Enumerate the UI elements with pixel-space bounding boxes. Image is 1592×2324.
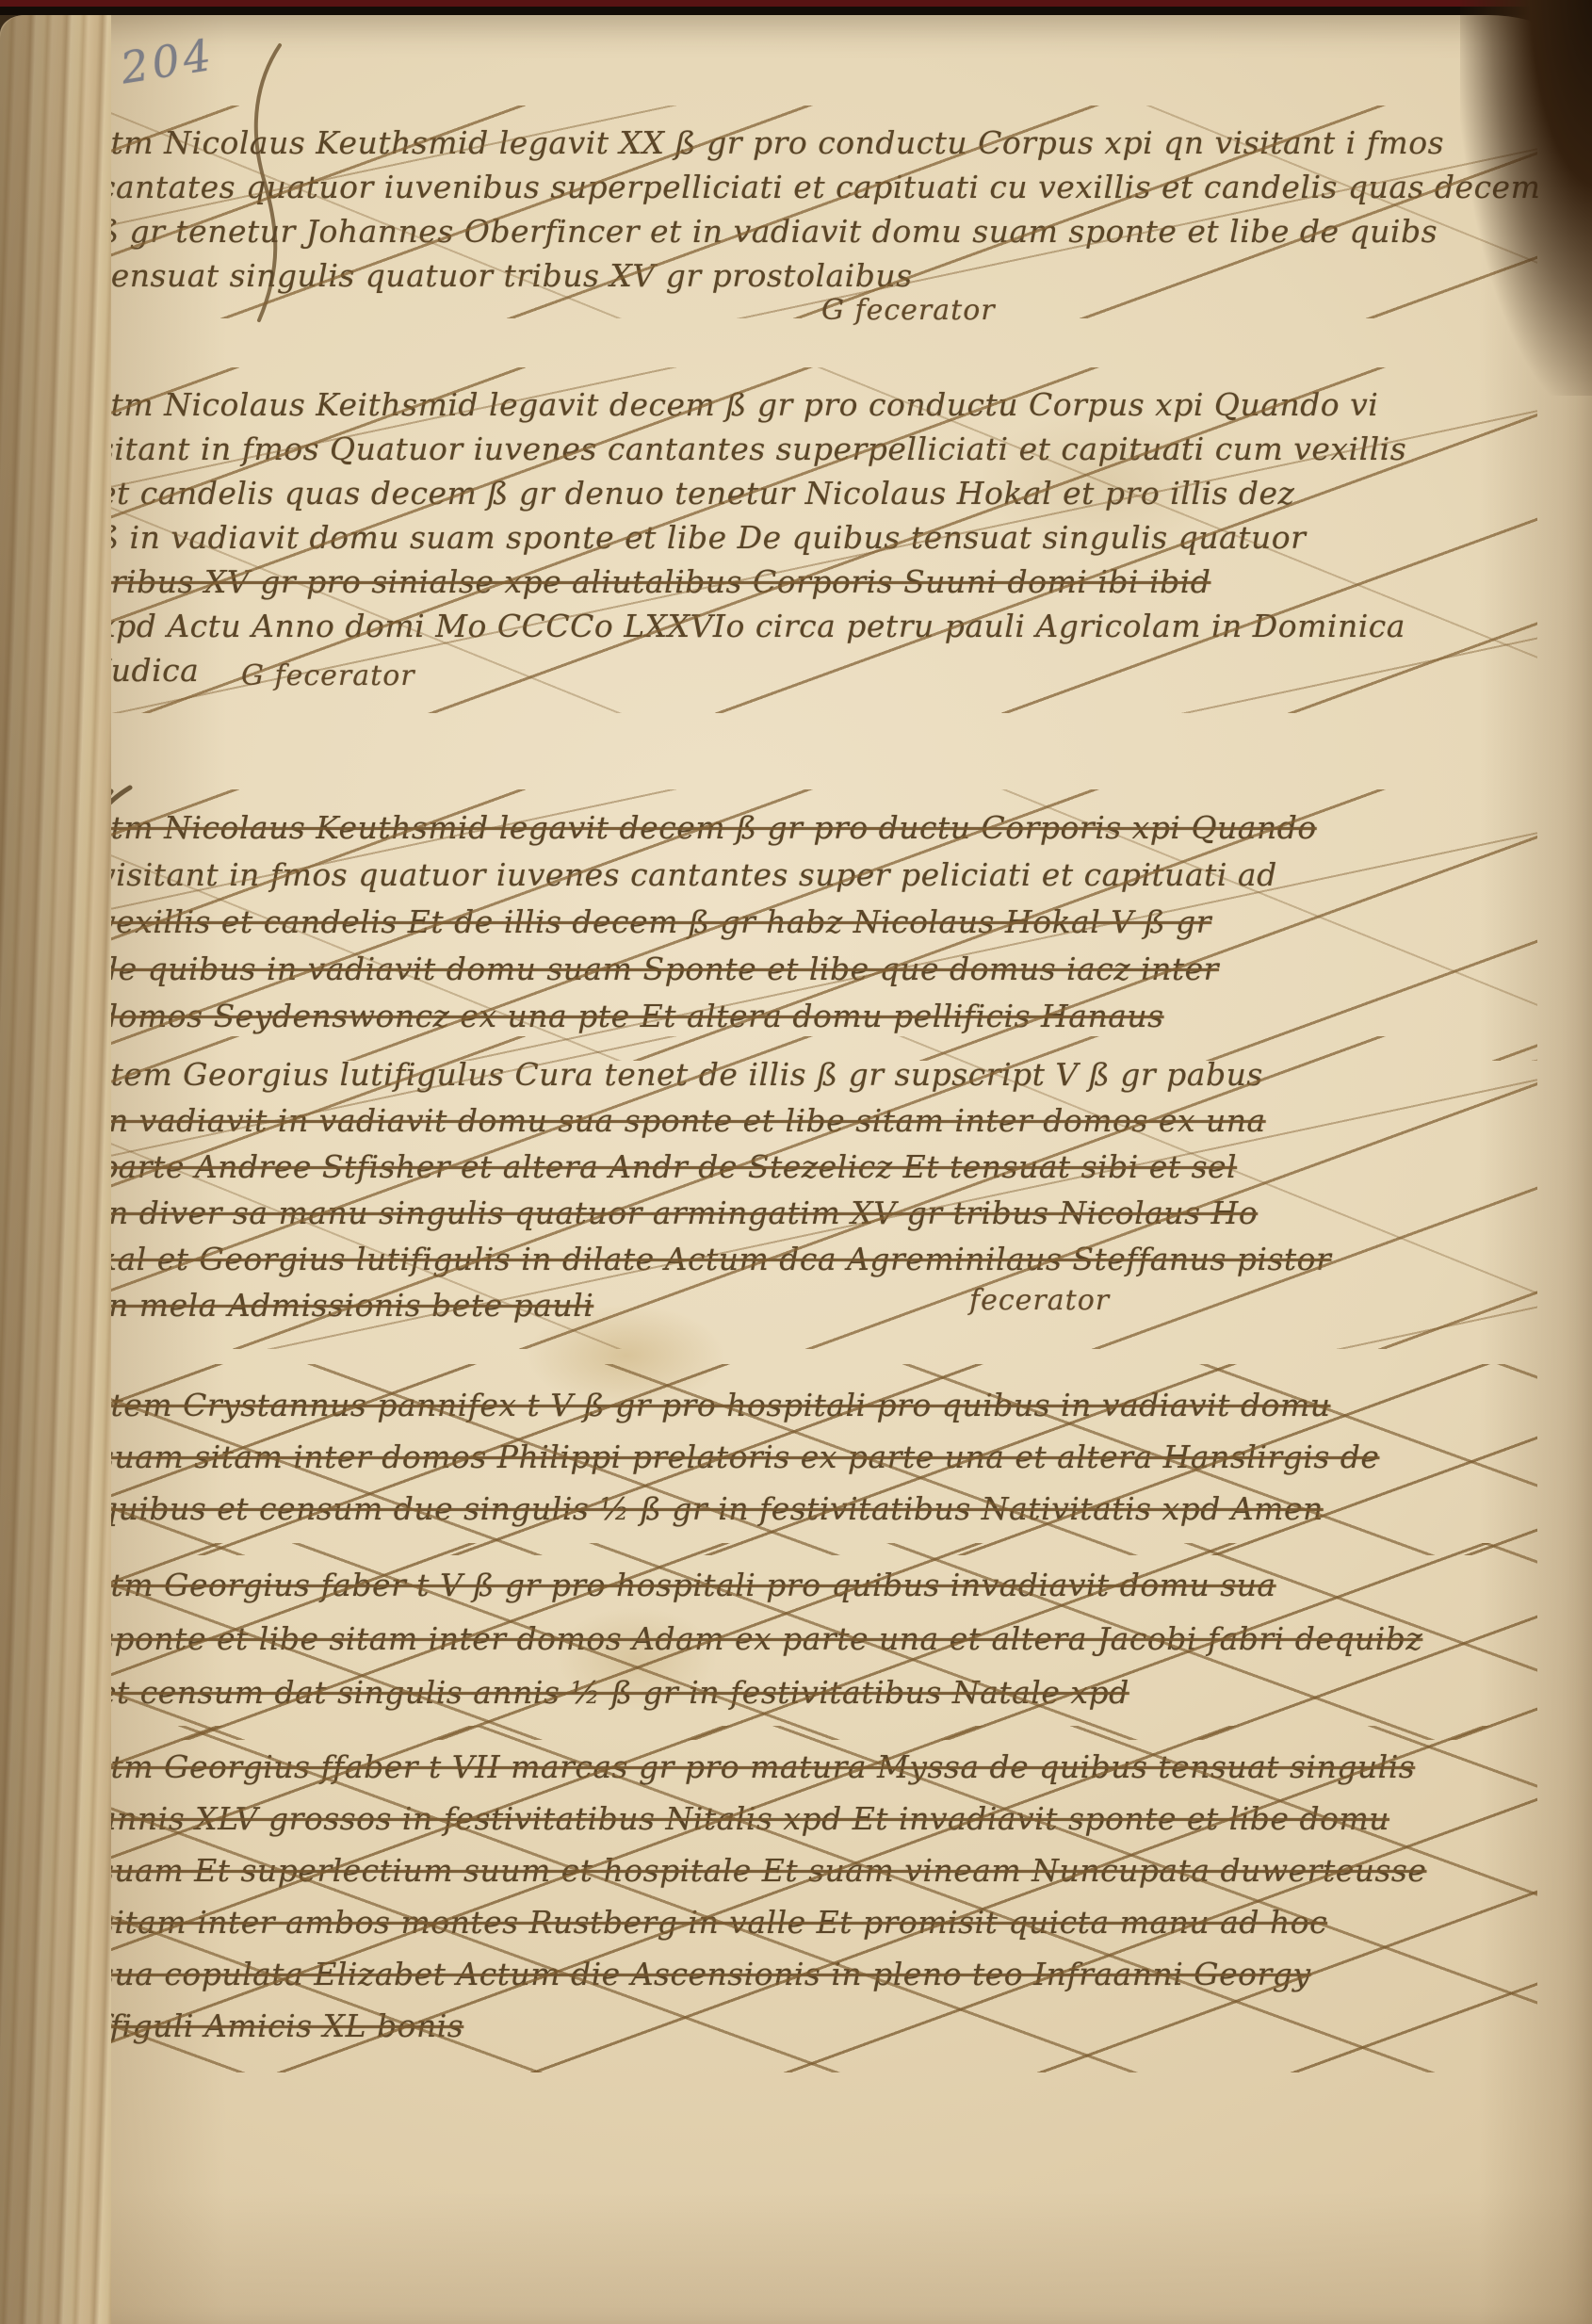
manuscript-line: in vadiavit in vadiavit domu sua sponte … — [98, 1097, 1530, 1144]
manuscript-photo: 204 Itm Nicolaus Keuthsmid legavit XX ß … — [0, 0, 1592, 2324]
manuscript-line: cantates quatuor iuvenibus superpellicia… — [98, 165, 1530, 209]
manuscript-line: in mela Admissionis bete pauli — [98, 1282, 1530, 1328]
folio-number: 204 — [117, 29, 218, 94]
manuscript-line: suam Et superlectium suum et hospitale E… — [98, 1845, 1530, 1896]
manuscript-line: sponte et libe sitam inter domos Adam ex… — [98, 1612, 1530, 1666]
parchment-page: 204 Itm Nicolaus Keuthsmid legavit XX ß … — [0, 15, 1592, 2324]
scribe-signature: fecerator — [969, 1277, 1110, 1324]
manuscript-line: Item Georgius lutifigulus Cura tenet de … — [98, 1051, 1530, 1097]
manuscript-entry: Itm Georgius ffaber t VII marcas gr pro … — [98, 1741, 1530, 2052]
manuscript-entry: Itm Nicolaus Keithsmid legavit decem ß g… — [98, 382, 1530, 692]
manuscript-line: Itm Georgius faber t V ß gr pro hospital… — [98, 1558, 1530, 1612]
manuscript-line: kal et Georgius lutifigulis in dilate Ac… — [98, 1236, 1530, 1282]
manuscript-line: sua copulata Elizabet Actum die Ascensio… — [98, 1948, 1530, 2000]
manuscript-line: suam sitam inter domos Philippi prelator… — [98, 1431, 1530, 1483]
manuscript-line: in diver sa manu singulis quatuor arming… — [98, 1190, 1530, 1236]
manuscript-entry: Itm Nicolaus Keuthsmid legavit decem ß g… — [98, 804, 1530, 1040]
manuscript-entry: Itm Georgius faber t V ß gr pro hospital… — [98, 1558, 1530, 1719]
manuscript-line: de quibus in vadiavit domu suam Sponte e… — [98, 946, 1530, 993]
manuscript-line: ß in vadiavit domu suam sponte et libe D… — [98, 515, 1530, 560]
manuscript-line: et candelis quas decem ß gr denuo tenetu… — [98, 471, 1530, 515]
manuscript-line: quibus et censum due singulis ½ ß gr in … — [98, 1483, 1530, 1535]
manuscript-line: et censum dat singulis annis ½ ß gr in f… — [98, 1666, 1530, 1719]
manuscript-line: tensuat singulis quatuor tribus XV gr pr… — [98, 253, 1530, 298]
manuscript-line: Itm Nicolaus Keithsmid legavit decem ß g… — [98, 382, 1530, 427]
scribe-signature: G fecerator — [241, 654, 415, 698]
manuscript-line: Item Crystannus pannifex t V ß gr pro ho… — [98, 1379, 1530, 1431]
book-board-edge — [0, 0, 1592, 7]
manuscript-line: sitam inter ambos montes Rustberg in val… — [98, 1896, 1530, 1948]
manuscript-line: ffiguli Amicis XL bonis — [98, 2000, 1530, 2052]
manuscript-line: Itm Nicolaus Keuthsmid legavit XX ß gr p… — [98, 121, 1530, 165]
manuscript-line: vexillis et candelis Et de illis decem ß… — [98, 899, 1530, 946]
binding-gutter-page-edges — [0, 15, 111, 2324]
manuscript-line: domos Seydenswoncz ex una pte Et altera … — [98, 993, 1530, 1040]
manuscript-line: tribus XV gr pro sinialse xpe aliutalibu… — [98, 560, 1530, 604]
manuscript-line: Itm Georgius ffaber t VII marcas gr pro … — [98, 1741, 1530, 1793]
manuscript-line: visitant in fmos quatuor iuvenes cantant… — [98, 852, 1530, 899]
manuscript-line: annis XLV grossos in festivitatibus Nita… — [98, 1793, 1530, 1845]
manuscript-line: ß gr tenetur Johannes Oberfincer et in v… — [98, 209, 1530, 253]
manuscript-entry: Item Crystannus pannifex t V ß gr pro ho… — [98, 1379, 1530, 1535]
manuscript-entry: Item Georgius lutifigulus Cura tenet de … — [98, 1051, 1530, 1328]
scribe-signature: G fecerator — [821, 288, 996, 333]
manuscript-line: sitant in fmos Quatuor iuvenes cantantes… — [98, 427, 1530, 471]
manuscript-line: parte Andree Stfisher et altera Andr de … — [98, 1144, 1530, 1190]
manuscript-line: xpd Actu Anno domi Mo CCCCo LXXVIo circa… — [98, 604, 1530, 648]
manuscript-entry: Itm Nicolaus Keuthsmid legavit XX ß gr p… — [98, 121, 1530, 298]
manuscript-line: Itm Nicolaus Keuthsmid legavit decem ß g… — [98, 804, 1530, 852]
